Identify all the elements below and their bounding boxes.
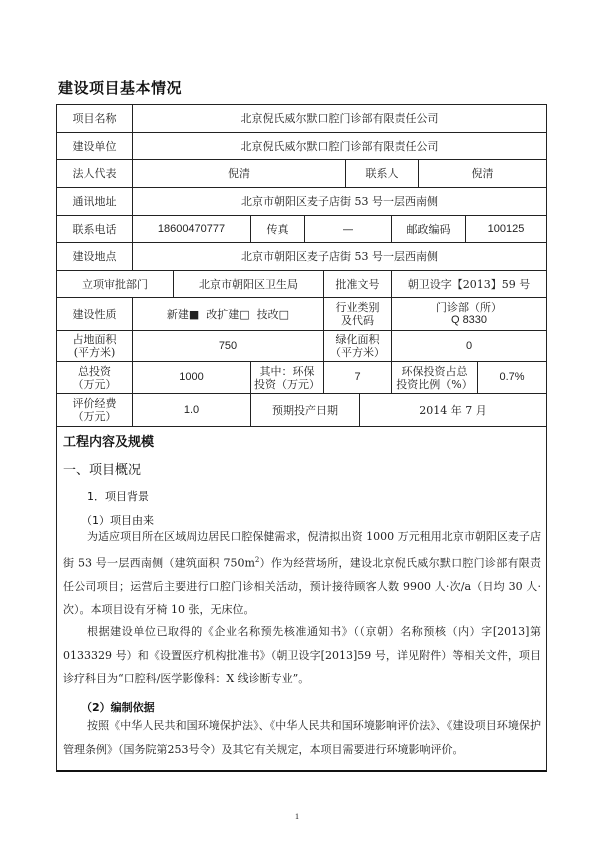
label-area-line-2: (平方米) (74, 346, 116, 359)
table-row-site: 建设地点 北京市朝阳区麦子店街 53 号一层西南侧 (56, 242, 547, 270)
label-mail-address: 通讯地址 (57, 188, 132, 215)
value-contact: 倪清 (418, 160, 546, 187)
paragraph-project-origin: 为适应项目所在区域周边居民口腔保健需求，倪清拟出资 1000 万元租用北京市朝阳… (63, 525, 541, 622)
label-phone: 联系电话 (57, 216, 132, 242)
label-env-line-1: 其中：环保 (260, 365, 315, 378)
label-investment-line-1: 总投资 (78, 365, 111, 378)
value-industry-code: Q 8330 (451, 314, 487, 327)
value-site: 北京市朝阳区麦子店街 53 号一层西南侧 (132, 243, 546, 270)
label-area: 占地面积 (平方米) (57, 331, 132, 361)
label-green-line-1: 绿化面积 (336, 333, 380, 346)
value-fax: — (304, 216, 391, 242)
value-industry: 门诊部（所） Q 8330 (391, 298, 546, 330)
label-approval-dept: 立项审批部门 (57, 271, 173, 297)
table-row-area: 占地面积 (平方米) 750 绿化面积 （平方米） 0 (56, 330, 547, 361)
table-row-investment: 总投资 （万元） 1000 其中：环保 投资（万元） 7 环保投资占总 投资比例… (56, 361, 547, 393)
label-env-line-2: 投资（万元） (254, 378, 320, 391)
value-investment: 1000 (132, 362, 250, 393)
project-content-section: 工程内容及规模 一、项目概况 1．项目背景 （1）项目由来 为适应项目所在区域周… (56, 426, 547, 772)
value-fee: 1.0 (132, 394, 250, 426)
label-area-line-1: 占地面积 (73, 333, 117, 346)
paragraph-approvals: 根据建设单位已取得的《企业名称预先核准通知书》（（京朝）名称预核（内）字[201… (63, 620, 541, 691)
value-industry-line-1: 门诊部（所） (436, 301, 502, 314)
value-approval-doc: 朝卫设字【2013】59 号 (391, 271, 546, 297)
value-env-ratio: 0.7% (477, 362, 546, 393)
label-fee-line-2: （万元） (73, 410, 117, 423)
table-row-builder: 建设单位 北京倪氏威尔默口腔门诊部有限责任公司 (56, 132, 547, 159)
value-area: 750 (132, 331, 323, 361)
table-row-project-name: 项目名称 北京倪氏威尔默口腔门诊部有限责任公司 (56, 104, 547, 132)
value-legal-rep: 倪清 (132, 160, 345, 187)
label-ratio-line-2: 投资比例（%） (396, 378, 472, 391)
table-row-legal-rep: 法人代表 倪清 联系人 倪清 (56, 159, 547, 187)
value-builder: 北京倪氏威尔默口腔门诊部有限责任公司 (132, 133, 546, 159)
table-row-nature: 建设性质 新建■ 改扩建□ 技改□ 行业类别 及代码 门诊部（所） Q 8330 (56, 297, 547, 330)
label-project-name: 项目名称 (57, 105, 132, 132)
value-phone: 18600470777 (132, 216, 250, 242)
label-fee-line-1: 评价经费 (73, 397, 117, 410)
section-title: 工程内容及规模 (63, 431, 154, 450)
table-row-fee: 评价经费 （万元） 1.0 预期投产日期 2014 年 7 月 (56, 393, 547, 426)
label-investment: 总投资 （万元） (57, 362, 132, 393)
label-production-date: 预期投产日期 (250, 394, 359, 426)
label-industry-line-1: 行业类别 (336, 301, 380, 314)
label-industry-line-2: 及代码 (341, 314, 374, 327)
value-project-name: 北京倪氏威尔默口腔门诊部有限责任公司 (132, 105, 546, 132)
page-title: 建设项目基本情况 (58, 77, 182, 98)
label-contact: 联系人 (345, 160, 418, 187)
value-mail-address: 北京市朝阳区麦子店街 53 号一层西南侧 (132, 188, 546, 215)
heading-project-background: 1．项目背景 (87, 488, 149, 504)
label-approval-doc: 批准文号 (323, 271, 391, 297)
basic-info-table: 项目名称 北京倪氏威尔默口腔门诊部有限责任公司 建设单位 北京倪氏威尔默口腔门诊… (56, 104, 547, 426)
heading-basis: （2）编制依据 (81, 699, 155, 715)
label-ratio-line-1: 环保投资占总 (402, 365, 468, 378)
value-approval-dept: 北京市朝阳区卫生局 (173, 271, 323, 297)
label-fax: 传真 (250, 216, 304, 242)
label-site: 建设地点 (57, 243, 132, 270)
value-postcode: 100125 (465, 216, 546, 242)
label-nature: 建设性质 (57, 298, 132, 330)
value-production-date: 2014 年 7 月 (359, 394, 546, 426)
heading-project-overview: 一、项目概况 (63, 459, 141, 478)
table-row-mail-address: 通讯地址 北京市朝阳区麦子店街 53 号一层西南侧 (56, 187, 547, 215)
label-env-ratio: 环保投资占总 投资比例（%） (391, 362, 477, 393)
label-industry: 行业类别 及代码 (323, 298, 391, 330)
label-green-line-2: （平方米） (330, 346, 385, 359)
label-env-investment: 其中：环保 投资（万元） (250, 362, 323, 393)
value-green-area: 0 (391, 331, 546, 361)
label-green-area: 绿化面积 （平方米） (323, 331, 391, 361)
label-builder: 建设单位 (57, 133, 132, 159)
paragraph-basis: 按照《中华人民共和国环境保护法》、《中华人民共和国环境影响评价法》、《建设项目环… (63, 714, 541, 761)
label-fee: 评价经费 （万元） (57, 394, 132, 426)
label-legal-rep: 法人代表 (57, 160, 132, 187)
table-row-approval: 立项审批部门 北京市朝阳区卫生局 批准文号 朝卫设字【2013】59 号 (56, 270, 547, 297)
table-row-phone: 联系电话 18600470777 传真 — 邮政编码 100125 (56, 215, 547, 242)
page-number: 1 (295, 812, 299, 821)
value-env-investment: 7 (323, 362, 391, 393)
label-investment-line-2: （万元） (73, 378, 117, 391)
label-postcode: 邮政编码 (391, 216, 465, 242)
value-nature: 新建■ 改扩建□ 技改□ (132, 298, 323, 330)
